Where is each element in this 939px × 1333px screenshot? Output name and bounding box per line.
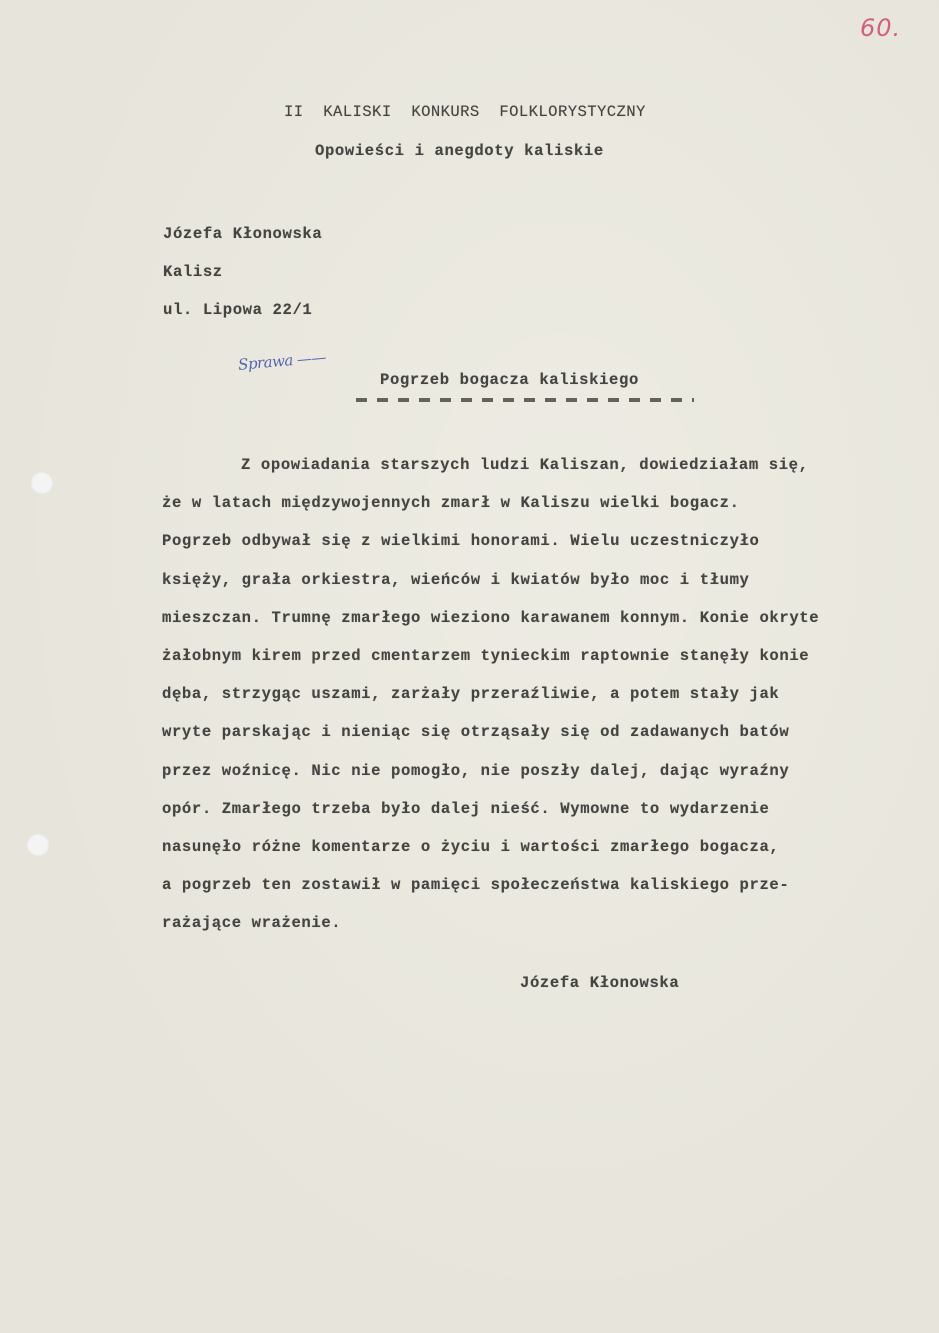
- body-line: że w latach międzywojennych zmarł w Kali…: [162, 494, 740, 512]
- author-name: Józefa Kłonowska: [163, 225, 322, 243]
- body-line: a pogrzeb ten zostawił w pamięci społecz…: [162, 876, 789, 894]
- punch-hole-top: [31, 472, 53, 494]
- title-underline: [356, 398, 694, 402]
- body-line: mieszczan. Trumnę zmarłego wieziono kara…: [162, 609, 819, 627]
- document-page: 60. II KALISKI KONKURS FOLKLORYSTYCZNY O…: [0, 0, 939, 1333]
- signature: Józefa Kłonowska: [520, 974, 679, 992]
- body-line: Pogrzeb odbywał się z wielkimi honorami.…: [162, 532, 759, 550]
- body-line: opór. Zmarłego trzeba było dalej nieść. …: [162, 800, 769, 818]
- body-line: księży, grała orkiestra, wieńców i kwiat…: [162, 571, 750, 589]
- author-address: ul. Lipowa 22/1: [163, 301, 312, 319]
- body-line: wryte parskając i nieniąc się otrząsały …: [162, 723, 789, 741]
- punch-hole-bottom: [27, 834, 49, 856]
- body-line: Z opowiadania starszych ludzi Kaliszan, …: [241, 456, 809, 474]
- body-line: przez woźnicę. Nic nie pomogło, nie posz…: [162, 762, 789, 780]
- body-line: nasunęło różne komentarze o życiu i wart…: [162, 838, 779, 856]
- page-number: 60.: [860, 14, 901, 42]
- body-line: żałobnym kirem przed cmentarzem tyniecki…: [162, 647, 809, 665]
- body-line: rażające wrażenie.: [162, 914, 341, 932]
- handwritten-annotation: Sprawa ——: [237, 348, 326, 374]
- header-subtitle: Opowieści i anegdoty kaliskie: [315, 142, 604, 160]
- body-line: dęba, strzygąc uszami, zarżały przeraźli…: [162, 685, 779, 703]
- story-title: Pogrzeb bogacza kaliskiego: [380, 371, 639, 389]
- author-city: Kalisz: [163, 263, 223, 281]
- header-title: II KALISKI KONKURS FOLKLORYSTYCZNY: [284, 103, 646, 121]
